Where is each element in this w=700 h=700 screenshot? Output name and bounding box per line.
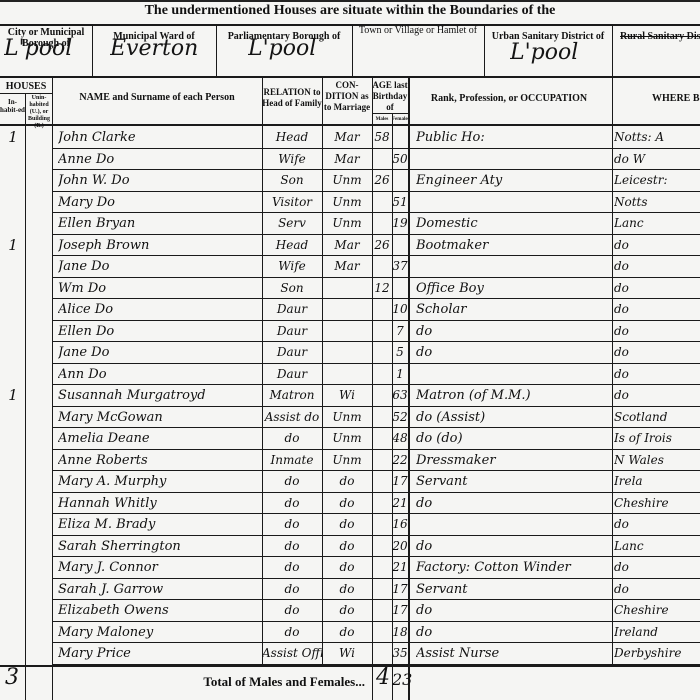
where-born-cell: Lanc bbox=[614, 213, 700, 234]
female-age-cell bbox=[392, 278, 408, 299]
female-age-cell bbox=[392, 235, 408, 256]
occupation-cell: do bbox=[416, 493, 608, 514]
occupation-cell: Servant bbox=[416, 579, 608, 600]
male-age-cell bbox=[372, 256, 392, 277]
col-females: Females bbox=[392, 116, 408, 124]
relation-cell: Assist Officer bbox=[262, 643, 322, 664]
where-born-cell: do bbox=[614, 256, 700, 277]
condition-cell: Mar bbox=[322, 127, 372, 148]
table-row: Anne RobertsInmateUnm22DressmakerN Wales bbox=[0, 450, 700, 472]
name-cell: Jane Do bbox=[58, 342, 260, 363]
table-row: Jane DoWifeMar37do bbox=[0, 256, 700, 278]
where-born-cell: do bbox=[614, 342, 700, 363]
table-row: Mary PriceAssist OfficerWi35Assist Nurse… bbox=[0, 643, 700, 665]
male-age-cell bbox=[372, 579, 392, 600]
census-page: The undermentioned Houses are situate wi… bbox=[0, 0, 700, 700]
inhabited-cell bbox=[3, 622, 23, 643]
occupation-cell: do (Assist) bbox=[416, 407, 608, 428]
relation-cell: Assist do bbox=[262, 407, 322, 428]
where-born-cell: do bbox=[614, 321, 700, 342]
inhabited-cell bbox=[3, 192, 23, 213]
condition-cell: do bbox=[322, 579, 372, 600]
condition-cell: do bbox=[322, 471, 372, 492]
female-age-cell: 63 bbox=[392, 385, 408, 406]
table-row: John W. DoSonUnm26Engineer AtyLeicestr: bbox=[0, 170, 700, 192]
table-row: Mary McGowanAssist doUnm52do (Assist)Sco… bbox=[0, 407, 700, 429]
relation-cell: Daur bbox=[262, 364, 322, 385]
female-age-cell: 1 bbox=[392, 364, 408, 385]
occupation-cell: Scholar bbox=[416, 299, 608, 320]
condition-cell: do bbox=[322, 600, 372, 621]
inhabited-cell bbox=[3, 428, 23, 449]
table-row: Ellen BryanServUnm19DomesticLanc bbox=[0, 213, 700, 235]
name-cell: Ann Do bbox=[58, 364, 260, 385]
male-age-cell bbox=[372, 471, 392, 492]
table-row: Amelia DeanedoUnm48do (do)Is of Irois bbox=[0, 428, 700, 450]
condition-cell: Unm bbox=[322, 428, 372, 449]
relation-cell: do bbox=[262, 493, 322, 514]
total-females: 23 bbox=[392, 670, 412, 689]
male-age-cell: 12 bbox=[372, 278, 392, 299]
totals-label: Total of Males and Females... bbox=[175, 674, 365, 690]
inhabited-cell bbox=[3, 213, 23, 234]
female-age-cell: 51 bbox=[392, 192, 408, 213]
where-born-cell: Leicestr: bbox=[614, 170, 700, 191]
male-age-cell bbox=[372, 213, 392, 234]
table-row: Ann DoDaur1do bbox=[0, 364, 700, 386]
male-age-cell bbox=[372, 536, 392, 557]
relation-cell: Visitor bbox=[262, 192, 322, 213]
where-born-cell: do bbox=[614, 364, 700, 385]
female-age-cell: 17 bbox=[392, 471, 408, 492]
name-cell: Ellen Do bbox=[58, 321, 260, 342]
col-condition: CON-DITION as to Marriage bbox=[322, 80, 372, 113]
occupation-cell: Matron (of M.M.) bbox=[416, 385, 608, 406]
name-cell: Alice Do bbox=[58, 299, 260, 320]
condition-cell: Unm bbox=[322, 213, 372, 234]
female-age-cell: 52 bbox=[392, 407, 408, 428]
relation-cell: Wife bbox=[262, 149, 322, 170]
table-row: Sarah Sherringtondodo20doLanc bbox=[0, 536, 700, 558]
relation-cell: Head bbox=[262, 127, 322, 148]
where-born-cell: do W bbox=[614, 149, 700, 170]
condition-cell: do bbox=[322, 514, 372, 535]
where-born-cell: do bbox=[614, 385, 700, 406]
condition-cell: Unm bbox=[322, 450, 372, 471]
table-row: Eliza M. Bradydodo16do bbox=[0, 514, 700, 536]
female-age-cell: 5 bbox=[392, 342, 408, 363]
male-age-cell bbox=[372, 342, 392, 363]
inhabited-cell bbox=[3, 514, 23, 535]
male-age-cell bbox=[372, 514, 392, 535]
male-age-cell bbox=[372, 493, 392, 514]
condition-cell bbox=[322, 321, 372, 342]
name-cell: Jane Do bbox=[58, 256, 260, 277]
page-banner: The undermentioned Houses are situate wi… bbox=[0, 0, 700, 22]
condition-cell: Mar bbox=[322, 235, 372, 256]
inhabited-cell bbox=[3, 536, 23, 557]
table-row: 1Joseph BrownHeadMar26Bootmakerdo bbox=[0, 235, 700, 257]
total-houses-inhabited: 3 bbox=[5, 665, 19, 690]
relation-cell: do bbox=[262, 514, 322, 535]
female-age-cell: 18 bbox=[392, 622, 408, 643]
table-row: Wm DoSon12Office Boydo bbox=[0, 278, 700, 300]
col-uninhabited: Unin-habited (U.), or Building (B.) bbox=[26, 95, 52, 130]
where-born-cell: do bbox=[614, 278, 700, 299]
col-inhabited: In-habit-ed bbox=[0, 98, 25, 114]
relation-cell: do bbox=[262, 579, 322, 600]
where-born-cell: Notts: A bbox=[614, 127, 700, 148]
occupation-cell bbox=[416, 192, 608, 213]
male-age-cell bbox=[372, 321, 392, 342]
col-where-born: WHERE BORN bbox=[612, 93, 700, 104]
male-age-cell: 26 bbox=[372, 235, 392, 256]
inhabited-cell bbox=[3, 557, 23, 578]
where-born-cell: Notts bbox=[614, 192, 700, 213]
col-relation: RELATION to Head of Family bbox=[262, 87, 322, 109]
relation-cell: Matron bbox=[262, 385, 322, 406]
table-row: 1John ClarkeHeadMar58Public Ho:Notts: A bbox=[0, 127, 700, 149]
condition-cell: Mar bbox=[322, 149, 372, 170]
where-born-cell: do bbox=[614, 514, 700, 535]
male-age-cell bbox=[372, 557, 392, 578]
inhabited-cell: 1 bbox=[3, 385, 23, 406]
where-born-cell: N Wales bbox=[614, 450, 700, 471]
female-age-cell: 22 bbox=[392, 450, 408, 471]
col-name: NAME and Surname of each Person bbox=[62, 92, 252, 103]
male-age-cell: 58 bbox=[372, 127, 392, 148]
name-cell: John Clarke bbox=[58, 127, 260, 148]
where-born-cell: Ireland bbox=[614, 622, 700, 643]
occupation-cell: Engineer Aty bbox=[416, 170, 608, 191]
relation-cell: do bbox=[262, 428, 322, 449]
col-houses: HOUSES bbox=[0, 81, 52, 92]
occupation-cell: Public Ho: bbox=[416, 127, 608, 148]
condition-cell bbox=[322, 299, 372, 320]
inhabited-cell bbox=[3, 299, 23, 320]
relation-cell: Head bbox=[262, 235, 322, 256]
relation-cell: Daur bbox=[262, 342, 322, 363]
condition-cell: Mar bbox=[322, 256, 372, 277]
inhabited-cell bbox=[3, 579, 23, 600]
table-row: Mary DoVisitorUnm51Notts bbox=[0, 192, 700, 214]
male-age-cell bbox=[372, 600, 392, 621]
table-row: Anne DoWifeMar50do W bbox=[0, 149, 700, 171]
male-age-cell bbox=[372, 385, 392, 406]
condition-cell: do bbox=[322, 557, 372, 578]
name-cell: Sarah J. Garrow bbox=[58, 579, 260, 600]
female-age-cell: 50 bbox=[392, 149, 408, 170]
female-age-cell: 10 bbox=[392, 299, 408, 320]
female-age-cell: 7 bbox=[392, 321, 408, 342]
occupation-cell: Servant bbox=[416, 471, 608, 492]
district-value-ward: Everton bbox=[110, 36, 214, 61]
table-row: Mary A. Murphydodo17ServantIrela bbox=[0, 471, 700, 493]
condition-cell: Wi bbox=[322, 643, 372, 664]
occupation-cell: Assist Nurse bbox=[416, 643, 608, 664]
inhabited-cell: 1 bbox=[3, 235, 23, 256]
relation-cell: Inmate bbox=[262, 450, 322, 471]
inhabited-cell bbox=[3, 321, 23, 342]
col-males: Males bbox=[372, 116, 392, 124]
name-cell: Mary McGowan bbox=[58, 407, 260, 428]
district-value-parliamentary: L'pool bbox=[248, 36, 348, 61]
where-born-cell: Irela bbox=[614, 471, 700, 492]
occupation-cell: do (do) bbox=[416, 428, 608, 449]
condition-cell bbox=[322, 364, 372, 385]
district-label-town: Town or Village or Hamlet of bbox=[352, 25, 484, 36]
table-row: Hannah Whitlydodo21doCheshire bbox=[0, 493, 700, 515]
total-males: 4 bbox=[376, 665, 390, 690]
name-cell: John W. Do bbox=[58, 170, 260, 191]
table-row: Jane DoDaur5dodo bbox=[0, 342, 700, 364]
district-top-rule bbox=[0, 24, 700, 26]
where-born-cell: Scotland bbox=[614, 407, 700, 428]
where-born-cell: Derbyshire bbox=[614, 643, 700, 664]
name-cell: Hannah Whitly bbox=[58, 493, 260, 514]
male-age-cell bbox=[372, 192, 392, 213]
occupation-cell bbox=[416, 149, 608, 170]
inhabited-cell bbox=[3, 600, 23, 621]
where-born-cell: do bbox=[614, 579, 700, 600]
relation-cell: Serv bbox=[262, 213, 322, 234]
name-cell: Mary Price bbox=[58, 643, 260, 664]
occupation-cell bbox=[416, 514, 608, 535]
inhabited-cell bbox=[3, 471, 23, 492]
table-row: Sarah J. Garrowdodo17Servantdo bbox=[0, 579, 700, 601]
condition-cell: do bbox=[322, 493, 372, 514]
relation-cell: Wife bbox=[262, 256, 322, 277]
age-subrule bbox=[372, 113, 408, 114]
where-born-cell: do bbox=[614, 557, 700, 578]
relation-cell: do bbox=[262, 600, 322, 621]
relation-cell: do bbox=[262, 557, 322, 578]
name-cell: Ellen Bryan bbox=[58, 213, 260, 234]
female-age-cell: 16 bbox=[392, 514, 408, 535]
relation-cell: Daur bbox=[262, 321, 322, 342]
name-cell: Mary A. Murphy bbox=[58, 471, 260, 492]
where-born-cell: Cheshire bbox=[614, 493, 700, 514]
male-age-cell bbox=[372, 643, 392, 664]
inhabited-cell bbox=[3, 342, 23, 363]
houses-subrule bbox=[0, 93, 52, 94]
male-age-cell bbox=[372, 149, 392, 170]
condition-cell bbox=[322, 278, 372, 299]
male-age-cell bbox=[372, 299, 392, 320]
female-age-cell: 20 bbox=[392, 536, 408, 557]
occupation-cell bbox=[416, 256, 608, 277]
condition-cell: Wi bbox=[322, 385, 372, 406]
table-row: Mary Maloneydodo18doIreland bbox=[0, 622, 700, 644]
name-cell: Anne Do bbox=[58, 149, 260, 170]
where-born-cell: Is of Irois bbox=[614, 428, 700, 449]
female-age-cell: 17 bbox=[392, 579, 408, 600]
female-age-cell: 35 bbox=[392, 643, 408, 664]
where-born-cell: do bbox=[614, 299, 700, 320]
inhabited-cell bbox=[3, 407, 23, 428]
condition-cell bbox=[322, 342, 372, 363]
col-age: AGE last Birthday of bbox=[372, 80, 408, 113]
name-cell: Wm Do bbox=[58, 278, 260, 299]
occupation-cell: do bbox=[416, 342, 608, 363]
name-cell: Joseph Brown bbox=[58, 235, 260, 256]
relation-cell: Son bbox=[262, 278, 322, 299]
column-header-bottom-rule bbox=[0, 124, 700, 126]
where-born-cell: Lanc bbox=[614, 536, 700, 557]
inhabited-cell bbox=[3, 450, 23, 471]
occupation-cell: Dressmaker bbox=[416, 450, 608, 471]
where-born-cell: Cheshire bbox=[614, 600, 700, 621]
relation-cell: do bbox=[262, 536, 322, 557]
male-age-cell bbox=[372, 407, 392, 428]
where-born-cell: do bbox=[614, 235, 700, 256]
inhabited-cell bbox=[3, 170, 23, 191]
district-value-urban-sanitary: L'pool bbox=[510, 40, 610, 65]
table-row: Elizabeth Owensdodo17doCheshire bbox=[0, 600, 700, 622]
condition-cell: do bbox=[322, 536, 372, 557]
condition-cell: Unm bbox=[322, 407, 372, 428]
occupation-cell: do bbox=[416, 622, 608, 643]
condition-cell: Unm bbox=[322, 170, 372, 191]
occupation-cell: Factory: Cotton Winder bbox=[416, 557, 608, 578]
male-age-cell bbox=[372, 622, 392, 643]
name-cell: Eliza M. Brady bbox=[58, 514, 260, 535]
relation-cell: Daur bbox=[262, 299, 322, 320]
col-occupation: Rank, Profession, or OCCUPATION bbox=[408, 93, 610, 104]
relation-cell: do bbox=[262, 622, 322, 643]
inhabited-cell: 1 bbox=[3, 127, 23, 148]
table-row: 1Susannah MurgatroydMatronWi63Matron (of… bbox=[0, 385, 700, 407]
female-age-cell: 19 bbox=[392, 213, 408, 234]
district-value-municipal-borough: L'pool bbox=[4, 36, 90, 61]
male-age-cell: 26 bbox=[372, 170, 392, 191]
female-age-cell: 21 bbox=[392, 557, 408, 578]
district-bottom-rule bbox=[0, 76, 700, 78]
inhabited-cell bbox=[3, 493, 23, 514]
inhabited-cell bbox=[3, 149, 23, 170]
name-cell: Anne Roberts bbox=[58, 450, 260, 471]
inhabited-cell bbox=[3, 278, 23, 299]
table-row: Alice DoDaur10Scholardo bbox=[0, 299, 700, 321]
name-cell: Mary J. Connor bbox=[58, 557, 260, 578]
male-age-cell bbox=[372, 450, 392, 471]
relation-cell: Son bbox=[262, 170, 322, 191]
name-cell: Mary Do bbox=[58, 192, 260, 213]
table-row: Mary J. Connordodo21Factory: Cotton Wind… bbox=[0, 557, 700, 579]
male-age-cell bbox=[372, 364, 392, 385]
table-row: Ellen DoDaur7dodo bbox=[0, 321, 700, 343]
name-cell: Susannah Murgatroyd bbox=[58, 385, 260, 406]
district-label-rural-sanitary: Rural Sanitary District of bbox=[612, 31, 700, 42]
occupation-cell: do bbox=[416, 600, 608, 621]
male-age-cell bbox=[372, 428, 392, 449]
inhabited-cell bbox=[3, 364, 23, 385]
condition-cell: Unm bbox=[322, 192, 372, 213]
occupation-cell: do bbox=[416, 321, 608, 342]
occupation-cell: Domestic bbox=[416, 213, 608, 234]
female-age-cell: 21 bbox=[392, 493, 408, 514]
occupation-cell: Office Boy bbox=[416, 278, 608, 299]
female-age-cell: 48 bbox=[392, 428, 408, 449]
inhabited-cell bbox=[3, 256, 23, 277]
female-age-cell: 37 bbox=[392, 256, 408, 277]
occupation-cell: do bbox=[416, 536, 608, 557]
occupation-cell bbox=[416, 364, 608, 385]
name-cell: Mary Maloney bbox=[58, 622, 260, 643]
female-age-cell: 17 bbox=[392, 600, 408, 621]
female-age-cell bbox=[392, 170, 408, 191]
condition-cell: do bbox=[322, 622, 372, 643]
female-age-cell bbox=[392, 127, 408, 148]
relation-cell: do bbox=[262, 471, 322, 492]
name-cell: Amelia Deane bbox=[58, 428, 260, 449]
occupation-cell: Bootmaker bbox=[416, 235, 608, 256]
totals-top-rule bbox=[0, 665, 700, 667]
name-cell: Elizabeth Owens bbox=[58, 600, 260, 621]
name-cell: Sarah Sherrington bbox=[58, 536, 260, 557]
inhabited-cell bbox=[3, 643, 23, 664]
